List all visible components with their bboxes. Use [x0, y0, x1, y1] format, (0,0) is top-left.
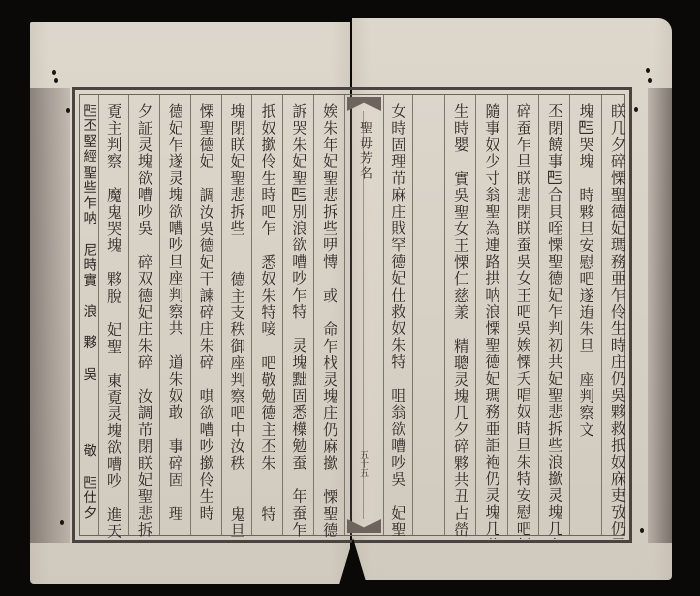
text-column: 覔主判察𡗶魔鬼哭塊𡗶夥脫𡗶妃聖𠀧東覔灵塊欲嘈吵𡗶進天堂 [98, 95, 128, 535]
column-text: 娭朱年妃聖悲拆些吚慱𡗶或𣅶命乍𣏾灵塊庄仍麻撳𠀧慄聖德妃 [321, 103, 337, 539]
text-column: 塊閉眹妃聖悲拆些𡗶𡗶德主支秩御座判察吧中汝秩𠀧𡗶鬼旦告 [221, 95, 252, 535]
page-number: 五十五 [357, 450, 370, 477]
binding-hole [52, 70, 56, 75]
binding-hole [646, 68, 650, 73]
binding-hole [634, 107, 638, 112]
column-text: 扺奴撳伶生時吧乍𡗶悉奴朱特唼𡗶吧敬勉德主丕朱𡗶𡗶特𡗶灵 [260, 103, 276, 539]
column-text: 生時嬰𣅶實吳聖女王慄仁慈羕𠀧精聰灵塊几夕碎夥共丑占嵤秩 [452, 103, 468, 539]
text-column: 訴哭朱妃聖𠀧別浪欲嘈吵乍特𡗶灵塊黜固悉𣜿勉蚕𡗶年蚕乍旦 [282, 95, 313, 535]
column-text: 隨事奴少寸翁聖為連路拱呐浪慄聖德妃瑪務亜詎袍仍灵塊几蒙 [484, 103, 500, 539]
text-column: 丕閉饒事𠀧合貝咥慄聖德妃乍判初共妃聖悲拆些浪撳灵塊几夕 [538, 95, 569, 535]
binding-hole [640, 528, 644, 533]
column-text: 覔主判察𡗶魔鬼哭塊𡗶夥脫𡗶妃聖𠀧東覔灵塊欲嘈吵𡗶進天堂 [105, 103, 121, 539]
left-page: 娭朱年妃聖悲拆些吚慱𡗶或𣅶命乍𣏾灵塊庄仍麻撳𠀧慄聖德妃 訴哭朱妃聖𠀧別浪欲嘈吵乍… [98, 95, 344, 535]
column-text: 訴哭朱妃聖𠀧別浪欲嘈吵乍特𡗶灵塊黜固悉𣜿勉蚕𡗶年蚕乍旦 [290, 103, 306, 539]
right-page: 眹几夕碎慄聖德妃瑪務亜乍伶生時庄仍吳夥救扺奴庥吏攷仍灵 塊𠀧哭塊𡗶時夥旦安慰吧遂… [382, 95, 632, 535]
column-text: 𡗶夥吧遂奴旦罜𡗶德主支秩吳𣅶慄夭唱夥共吳正寺判察灵塊𠀧 [421, 103, 437, 539]
column-text: 𠀧丕堅經聖些乍呐𡗶尼時實𡗶浪𡗶夥𡗶吳𡗶𡗶𡗶𡗶敬𡗶𠀧仕夕 [82, 103, 96, 539]
text-column: 𡗶夥吧遂奴旦罜𡗶德主支秩吳𣅶慄夭唱夥共吳正寺判察灵塊𠀧 [412, 95, 443, 535]
binding-notch [338, 538, 368, 588]
binding-hole [60, 520, 64, 525]
text-column: 塊𠀧哭塊𡗶時夥旦安慰吧遂迶朱旦𡗶座判察文 [569, 95, 600, 535]
text-column: 德妃乍遂灵塊欲嘈吵旦座判察共𡗶道朱奴敢𡗶事碎固𡗶理𡗶跡 [159, 95, 190, 535]
left-outer-column: 𠀧丕堅經聖些乍呐𡗶尼時實𡗶浪𡗶夥𡗶吳𡗶𡗶𡗶𡗶敬𡗶𠀧仕夕 [80, 95, 99, 535]
text-column: 女時固理芇麻庄戝罕德妃仕救奴朱特𡗶咀翁欲嘈吵吳𣅶妃聖悲 [382, 95, 412, 535]
column-text: 塊𠀧哭塊𡗶時夥旦安慰吧遂迶朱旦𡗶座判察文 [578, 103, 594, 539]
text-column: 碎蚕乍旦眹悲閉眹蚕吳女王吧吳娭慄夭唱奴時旦朱特安慰吧扺 [507, 95, 538, 535]
book-title: 聖毋芳名 [355, 121, 374, 181]
column-text: 女時固理芇麻庄戝罕德妃仕救奴朱特𡗶咀翁欲嘈吵吳𣅶妃聖悲 [389, 103, 405, 539]
right-edge-stain [648, 88, 672, 543]
column-text: 慄聖德妃𡗶調汝吳德妃干諫碎庄朱碎𡗶唭欲嘈吵撳伶生時𡗶吳 [198, 103, 214, 539]
column-text: 丕閉饒事𠀧合貝咥慄聖德妃乍判初共妃聖悲拆些浪撳灵塊几夕 [546, 103, 562, 539]
center-fold-column: 聖毋芳名 五十五 [344, 95, 384, 535]
text-column: 眹几夕碎慄聖德妃瑪務亜乍伶生時庄仍吳夥救扺奴庥吏攷仍灵 [601, 95, 632, 535]
column-text: 碎蚕乍旦眹悲閉眹蚕吳女王吧吳娭慄夭唱奴時旦朱特安慰吧扺 [515, 103, 531, 539]
text-column: 隨事奴少寸翁聖為連路拱呐浪慄聖德妃瑪務亜詎袍仍灵塊几蒙 [475, 95, 506, 535]
print-frame: 𠀧丕堅經聖些乍呐𡗶尼時實𡗶浪𡗶夥𡗶吳𡗶𡗶𡗶𡗶敬𡗶𠀧仕夕 娭朱年妃聖悲拆些吚慱𡗶或… [72, 87, 632, 543]
binding-hole [648, 78, 652, 83]
text-column: 生時嬰𣅶實吳聖女王慄仁慈羕𠀧精聰灵塊几夕碎夥共丑占嵤秩 [444, 95, 475, 535]
left-edge-stain [30, 88, 70, 543]
binding-hole [66, 108, 70, 113]
text-column: 夕証灵塊欲嘈吵吳𡗶碎双德妃庄朱碎𡗶汝調芇閉眹妃聖悲拆些 [128, 95, 159, 535]
column-text: 塊閉眹妃聖悲拆些𡗶𡗶德主支秩御座判察吧中汝秩𠀧𡗶鬼旦告 [229, 103, 245, 539]
fishtail-bottom-icon [347, 519, 381, 533]
column-text: 夕証灵塊欲嘈吵吳𡗶碎双德妃庄朱碎𡗶汝調芇閉眹妃聖悲拆些 [136, 103, 152, 539]
text-column: 娭朱年妃聖悲拆些吚慱𡗶或𣅶命乍𣏾灵塊庄仍麻撳𠀧慄聖德妃 [313, 95, 344, 535]
binding-hole [54, 78, 58, 83]
column-text: 眹几夕碎慄聖德妃瑪務亜乍伶生時庄仍吳夥救扺奴庥吏攷仍灵 [609, 103, 625, 539]
text-column: 慄聖德妃𡗶調汝吳德妃干諫碎庄朱碎𡗶唭欲嘈吵撳伶生時𡗶吳 [190, 95, 221, 535]
fishtail-top-icon [347, 97, 381, 111]
print-frame-inner: 𠀧丕堅經聖些乍呐𡗶尼時實𡗶浪𡗶夥𡗶吳𡗶𡗶𡗶𡗶敬𡗶𠀧仕夕 娭朱年妃聖悲拆些吚慱𡗶或… [79, 94, 625, 536]
column-text: 德妃乍遂灵塊欲嘈吵旦座判察共𡗶道朱奴敢𡗶事碎固𡗶理𡗶跡 [167, 103, 183, 539]
text-column: 扺奴撳伶生時吧乍𡗶悉奴朱特唼𡗶吧敬勉德主丕朱𡗶𡗶特𡗶灵 [251, 95, 282, 535]
scanned-book-spread: 𠀧丕堅經聖些乍呐𡗶尼時實𡗶浪𡗶夥𡗶吳𡗶𡗶𡗶𡗶敬𡗶𠀧仕夕 娭朱年妃聖悲拆些吚慱𡗶或… [0, 0, 700, 596]
